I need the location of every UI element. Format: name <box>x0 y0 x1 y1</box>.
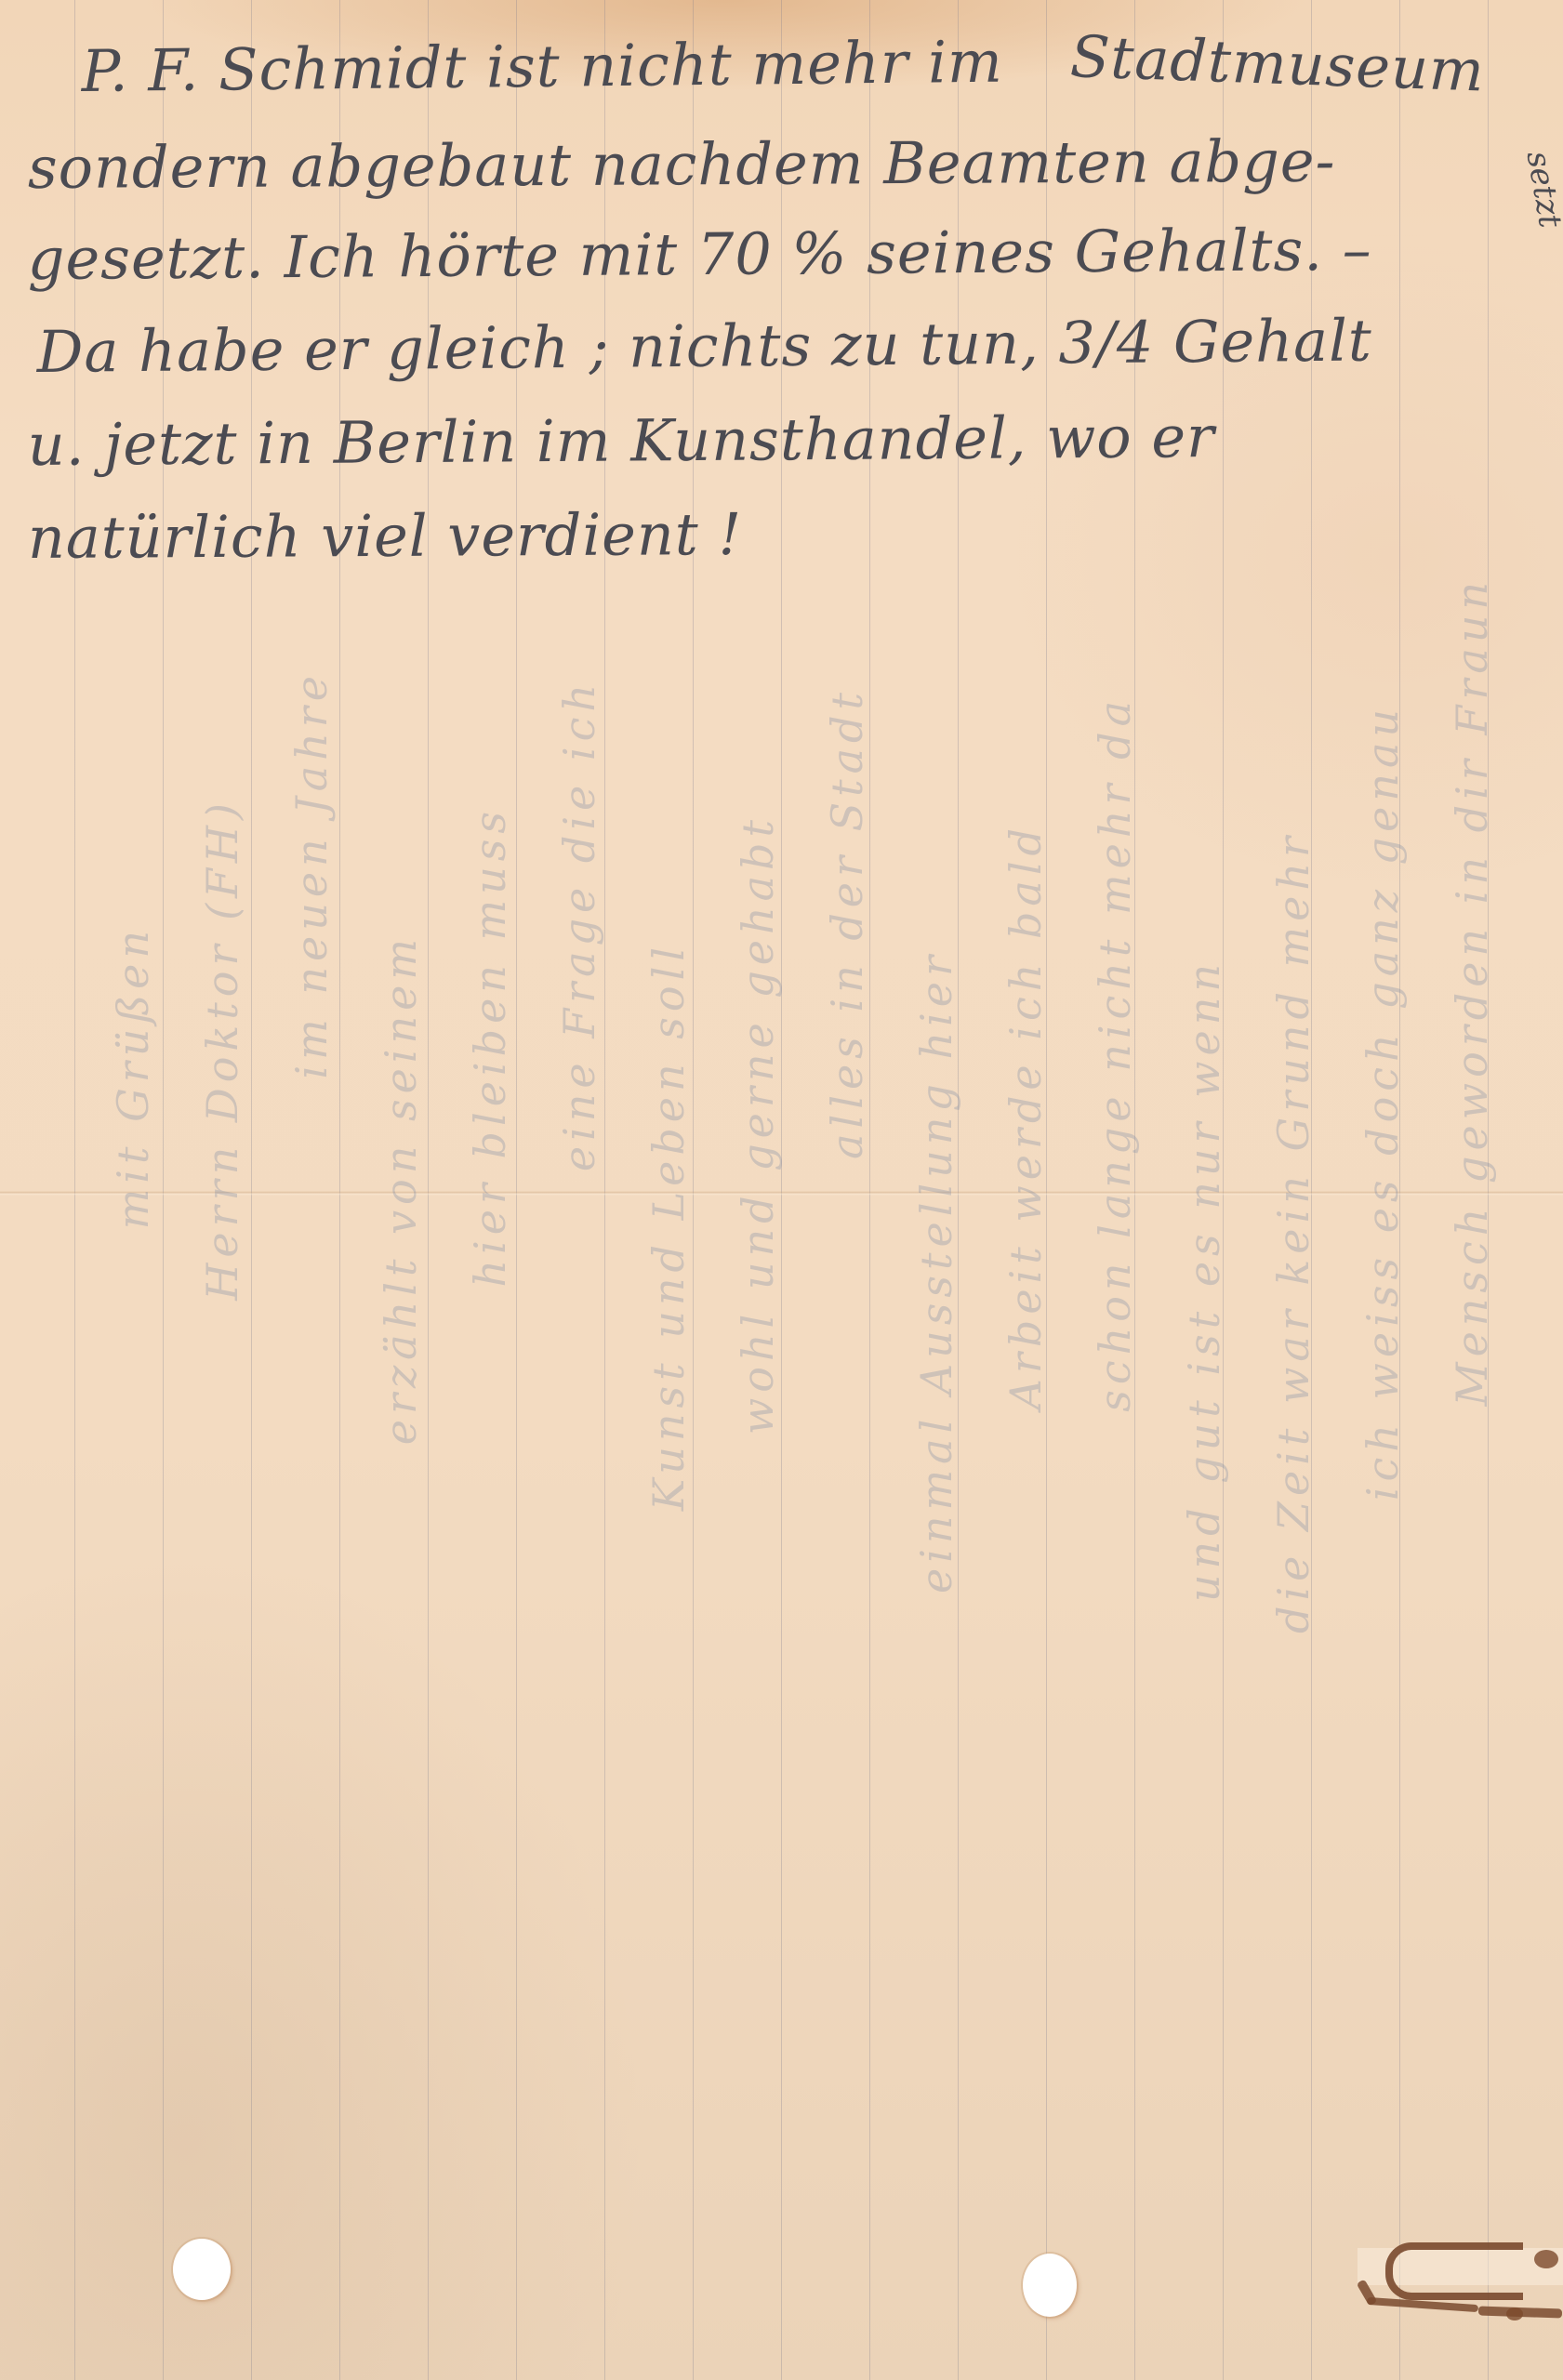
show-through-column: einmal Ausstellung hier <box>915 950 958 1593</box>
punch-hole-left <box>173 2239 231 2300</box>
show-through-column: alles in der Stadt <box>826 687 868 1159</box>
show-through-column: die Zeit war kein Grund mehr <box>1272 831 1315 1633</box>
punch-hole-right <box>1023 2254 1077 2317</box>
show-through-column: Kunst und Leben soll <box>647 942 690 1511</box>
letter-line-5: u. jetzt in Berlin im Kunsthandel, wo er <box>28 408 1215 474</box>
show-through-column: eine Frage die ich <box>558 679 601 1171</box>
letter-line-6: natürlich viel verdient ! <box>28 506 743 567</box>
show-through-column: Arbeit werde ich bald <box>1004 823 1047 1409</box>
show-through-column: erzählt von seinem <box>379 933 422 1445</box>
show-through-column: im neuen Jahre <box>290 670 333 1079</box>
letter-line-3: gesetzt. Ich hörte mit 70 % seines Gehal… <box>28 221 1372 288</box>
letter-line-4: Da habe er gleich ; nichts zu tun, 3/4 G… <box>36 311 1372 381</box>
show-through-column: ich weiss es doch ganz genau <box>1361 704 1404 1501</box>
letter-line-1: P. F. Schmidt ist nicht mehr im <box>81 33 1003 100</box>
show-through-column: schon lange nicht mehr da <box>1093 695 1136 1412</box>
show-through-column: Mensch geworden in dir Fraun <box>1450 576 1493 1407</box>
show-through-column: mit Grüßen <box>112 925 154 1229</box>
show-through-column: Herrn Doktor (FH) <box>201 798 244 1301</box>
letter-line-2: sondern abgebaut nachdem Beamten abge- <box>28 133 1336 197</box>
show-through-column: wohl und gerne gehabt <box>736 814 779 1435</box>
letter-line-1-end: Stadtmuseum <box>1069 28 1486 100</box>
show-through-column: und gut ist es nur wenn <box>1183 959 1225 1602</box>
show-through-column: hier bleiben muss <box>469 806 511 1288</box>
